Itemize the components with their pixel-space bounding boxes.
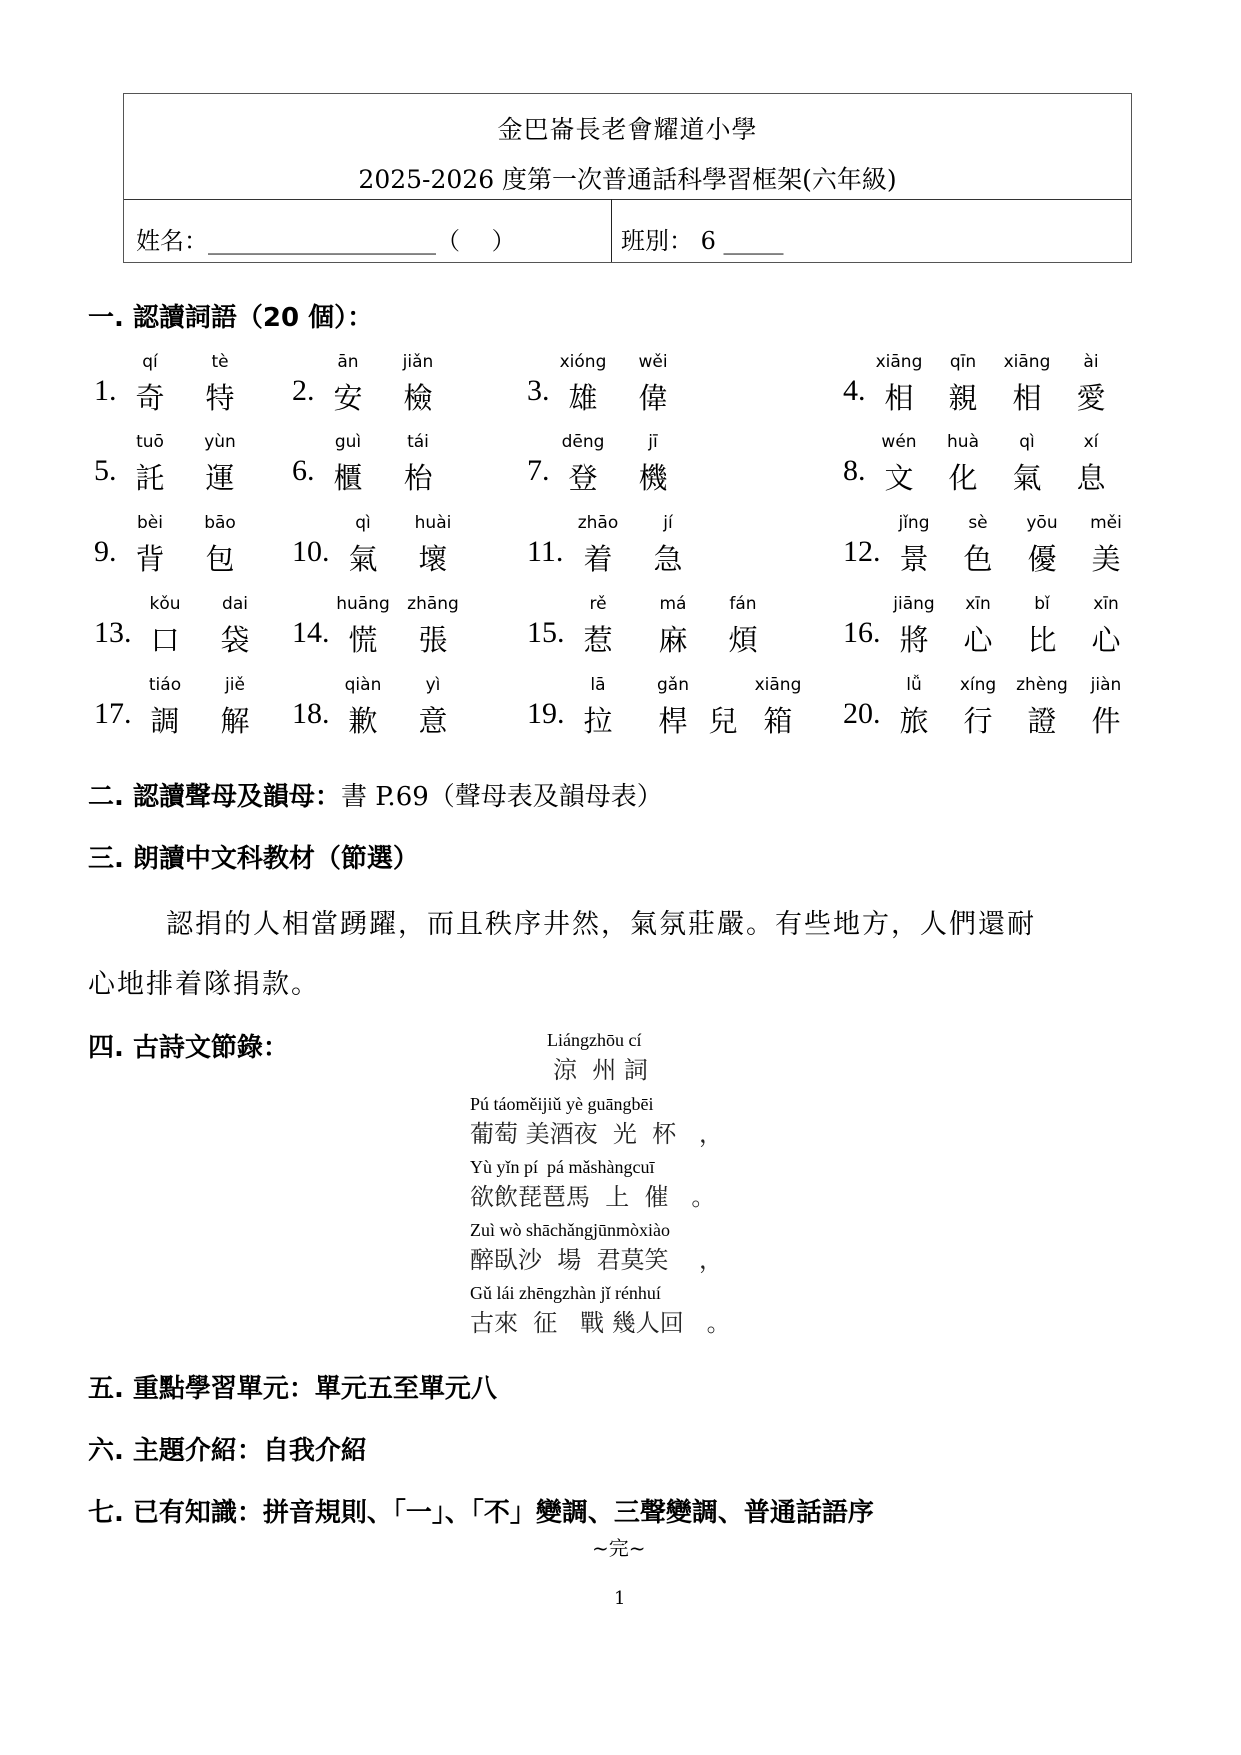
vocab-pinyin: zhāng [398,594,468,614]
vocab-character: 袋 [215,618,255,659]
vocab-character: 解 [215,699,255,740]
vocab-character: 愛 [1071,376,1111,417]
vocab-pinyin: jǐng [879,513,949,533]
vocab-pinyin: yì [398,675,468,695]
vocab-pinyin: qí [115,352,185,372]
vocab-character: 相 [879,376,919,417]
vocab-character: 慌 [343,618,383,659]
vocab-character: 心 [1086,618,1126,659]
vocab-item-number: 13. [94,616,132,650]
vocab-character: 化 [943,456,983,497]
vocab-pinyin: má [638,594,708,614]
vocab-character: 旅 [894,699,934,740]
vocab-pinyin: ài [1056,352,1126,372]
vocab-item-number: 16. [843,616,881,650]
page-number: 1 [614,1588,625,1609]
vocab-item-number: 18. [292,697,330,731]
header-fields: 姓名：___________________（ ） 班別： 6 _____ [124,199,1131,262]
vocab-character: 比 [1022,618,1062,659]
vocab-pinyin: huài [398,513,468,533]
vocab-pinyin: jiàn [1071,675,1141,695]
header-box: 金巴崙長老會耀道小學 2025-2026 度第一次普通話科學習框架(六年級) 姓… [123,93,1132,263]
vocab-character: 機 [633,456,673,497]
vocab-character: 枱 [398,456,438,497]
poem-line-1-pinyin: Pú táoměijiǔ yè guāngbēi [470,1094,653,1115]
vocab-character: 意 [413,699,453,740]
vocab-character: 安 [328,376,368,417]
section-7-heading: 七. 已有知識：拼音規則、「一」、「不」變調、三聲變調、普通話語序 [88,1492,874,1529]
vocab-item-number: 11. [527,535,563,569]
vocab-character: 箱 [758,699,798,740]
poem-line-2-pinyin: Yù yǐn pí pá mǎshàngcuī [470,1157,654,1178]
vocab-pinyin: qīn [928,352,998,372]
vocab-item-number: 15. [527,616,565,650]
vocab-character: 背 [130,537,170,578]
vocab-item-number: 20. [843,697,881,731]
vocab-item-number: 7. [527,454,550,488]
vocab-character: 息 [1071,456,1111,497]
vocab-character: 歉 [343,699,383,740]
vocab-pinyin: jiě [200,675,270,695]
vocab-item-number: 14. [292,616,330,650]
vocab-pinyin: xiāng [992,352,1062,372]
reading-paragraph-line-2: 心地排着隊捐款。 [88,962,320,1001]
vocab-pinyin: dai [200,594,270,614]
vocab-pinyin: wěi [618,352,688,372]
vocab-character: 口 [145,618,185,659]
vocab-character: 相 [1007,376,1047,417]
vocab-character: 氣 [1007,456,1047,497]
vocab-pinyin: bǐ [1007,594,1077,614]
vocab-pinyin: huāng [328,594,398,614]
vocab-character: 拉 [578,699,618,740]
vocab-character: 美 [1086,537,1126,578]
vocab-character: 桿 [653,699,693,740]
document-title: 2025-2026 度第一次普通話科學習框架(六年級) [124,160,1131,196]
section-2-heading: 二. 認讀聲母及韻母： [88,782,341,812]
vocab-character: 特 [200,376,240,417]
vocab-character: 着 [578,537,618,578]
vocab-character: 親 [943,376,983,417]
section-2: 二. 認讀聲母及韻母：書 P.69（聲母表及韻母表） [88,776,663,813]
vocab-character: 檢 [398,376,438,417]
vocab-character: 櫃 [328,456,368,497]
poem-line-1: 葡萄 美酒夜 光 杯 ， [470,1114,723,1149]
vocab-pinyin: qì [992,432,1062,452]
vocab-pinyin: jī [618,432,688,452]
poem-line-2: 欲飲琵琶馬 上 催 。 [470,1177,715,1212]
poem-line-4-pinyin: Gǔ lái zhēngzhàn jǐ rénhuí [470,1283,661,1304]
vocab-pinyin: rě [563,594,633,614]
header-title-area: 金巴崙長老會耀道小學 2025-2026 度第一次普通話科學習框架(六年級) [124,94,1131,200]
vocab-item-number: 10. [292,535,330,569]
vocab-character: 兒 [703,699,743,740]
vocab-pinyin: ān [313,352,383,372]
vocab-character: 優 [1022,537,1062,578]
name-field[interactable]: 姓名：___________________（ ） [136,221,516,256]
vocab-pinyin: qì [328,513,398,533]
vocab-pinyin: tè [185,352,255,372]
vocab-character: 包 [200,537,240,578]
vocab-item-number: 3. [527,374,550,408]
vocab-item-number: 12. [843,535,881,569]
school-name: 金巴崙長老會耀道小學 [124,110,1131,146]
class-field[interactable]: 班別： 6 _____ [621,221,784,256]
vocab-pinyin: zhèng [1007,675,1077,695]
vocab-item-number: 19. [527,697,565,731]
vocab-character: 將 [894,618,934,659]
vocab-pinyin: xí [1056,432,1126,452]
vocab-character: 景 [894,537,934,578]
vocab-character: 運 [200,456,240,497]
vocab-pinyin: xíng [943,675,1013,695]
section-3-heading: 三. 朗讀中文科教材（節選） [88,838,419,875]
vocab-pinyin: xīn [1071,594,1141,614]
vocab-pinyin: xiāng [743,675,813,695]
vocab-character: 奇 [130,376,170,417]
vocab-pinyin: guì [313,432,383,452]
vocab-pinyin: qiàn [328,675,398,695]
vocab-character: 行 [958,699,998,740]
vocab-pinyin: xióng [548,352,618,372]
vocab-item-number: 6. [292,454,315,488]
vocab-character: 偉 [633,376,673,417]
vocab-item-number: 17. [94,697,132,731]
vocab-pinyin: tiáo [130,675,200,695]
vocab-pinyin: měi [1071,513,1141,533]
vocab-character: 麻 [653,618,693,659]
vocab-character: 急 [648,537,688,578]
vocab-character: 心 [958,618,998,659]
vocab-pinyin: jiǎn [383,352,453,372]
vocab-item-number: 5. [94,454,117,488]
section-4-heading: 四. 古詩文節錄： [88,1027,289,1064]
vocab-character: 惹 [578,618,618,659]
section-5-heading: 五. 重點學習單元：單元五至單元八 [88,1368,497,1405]
poem-line-3: 醉臥沙 場 君莫笑 ， [470,1240,723,1275]
vocab-character: 煩 [723,618,763,659]
vocab-item-number: 9. [94,535,117,569]
vocab-pinyin: zhāo [563,513,633,533]
vocab-character: 登 [563,456,603,497]
vocab-pinyin: huà [928,432,998,452]
poem-line-4: 古來 征 戰 幾人回 。 [470,1303,731,1338]
vocab-pinyin: yùn [185,432,255,452]
vocab-item-number: 4. [843,374,866,408]
vocab-character: 證 [1022,699,1062,740]
vocab-character: 件 [1086,699,1126,740]
vocab-character: 文 [879,456,919,497]
section-6-heading: 六. 主題介紹：自我介紹 [88,1430,367,1467]
vocab-pinyin: gǎn [638,675,708,695]
vocab-item-number: 8. [843,454,866,488]
vocab-character: 託 [130,456,170,497]
vocab-pinyin: lā [563,675,633,695]
vocab-pinyin: xīn [943,594,1013,614]
vocab-character: 雄 [563,376,603,417]
vocab-pinyin: wén [864,432,934,452]
section-1-heading: 一. 認讀詞語（20 個）： [88,297,373,334]
name-cell: 姓名：___________________（ ） [124,199,612,262]
vocab-character: 氣 [343,537,383,578]
vocab-pinyin: jiāng [879,594,949,614]
vocab-pinyin: fán [708,594,778,614]
end-mark: ~完~ [592,1532,646,1561]
vocab-character: 壞 [413,537,453,578]
reading-paragraph-line-1: 認捐的人相當踴躍，而且秩序井然，氣氛莊嚴。有些地方，人們還耐 [166,902,1036,941]
vocab-pinyin: tuō [115,432,185,452]
vocab-item-number: 1. [94,374,117,408]
vocab-pinyin: kǒu [130,594,200,614]
vocab-pinyin: bāo [185,513,255,533]
vocab-pinyin: bèi [115,513,185,533]
vocab-pinyin: sè [943,513,1013,533]
poem-title: 涼 州 詞 [553,1050,648,1085]
vocab-character: 張 [413,618,453,659]
section-2-content: 書 P.69（聲母表及韻母表） [341,782,663,812]
vocab-item-number: 2. [292,374,315,408]
vocab-character: 色 [958,537,998,578]
vocab-pinyin: xiāng [864,352,934,372]
vocab-pinyin: tái [383,432,453,452]
vocab-pinyin: dēng [548,432,618,452]
vocab-pinyin: lǚ [879,675,949,695]
poem-title-pinyin: Liángzhōu cí [547,1030,641,1051]
vocab-pinyin: yōu [1007,513,1077,533]
vocab-pinyin: jí [633,513,703,533]
vocab-character: 調 [145,699,185,740]
poem-line-3-pinyin: Zuì wò shāchǎngjūnmòxiào [470,1220,670,1241]
